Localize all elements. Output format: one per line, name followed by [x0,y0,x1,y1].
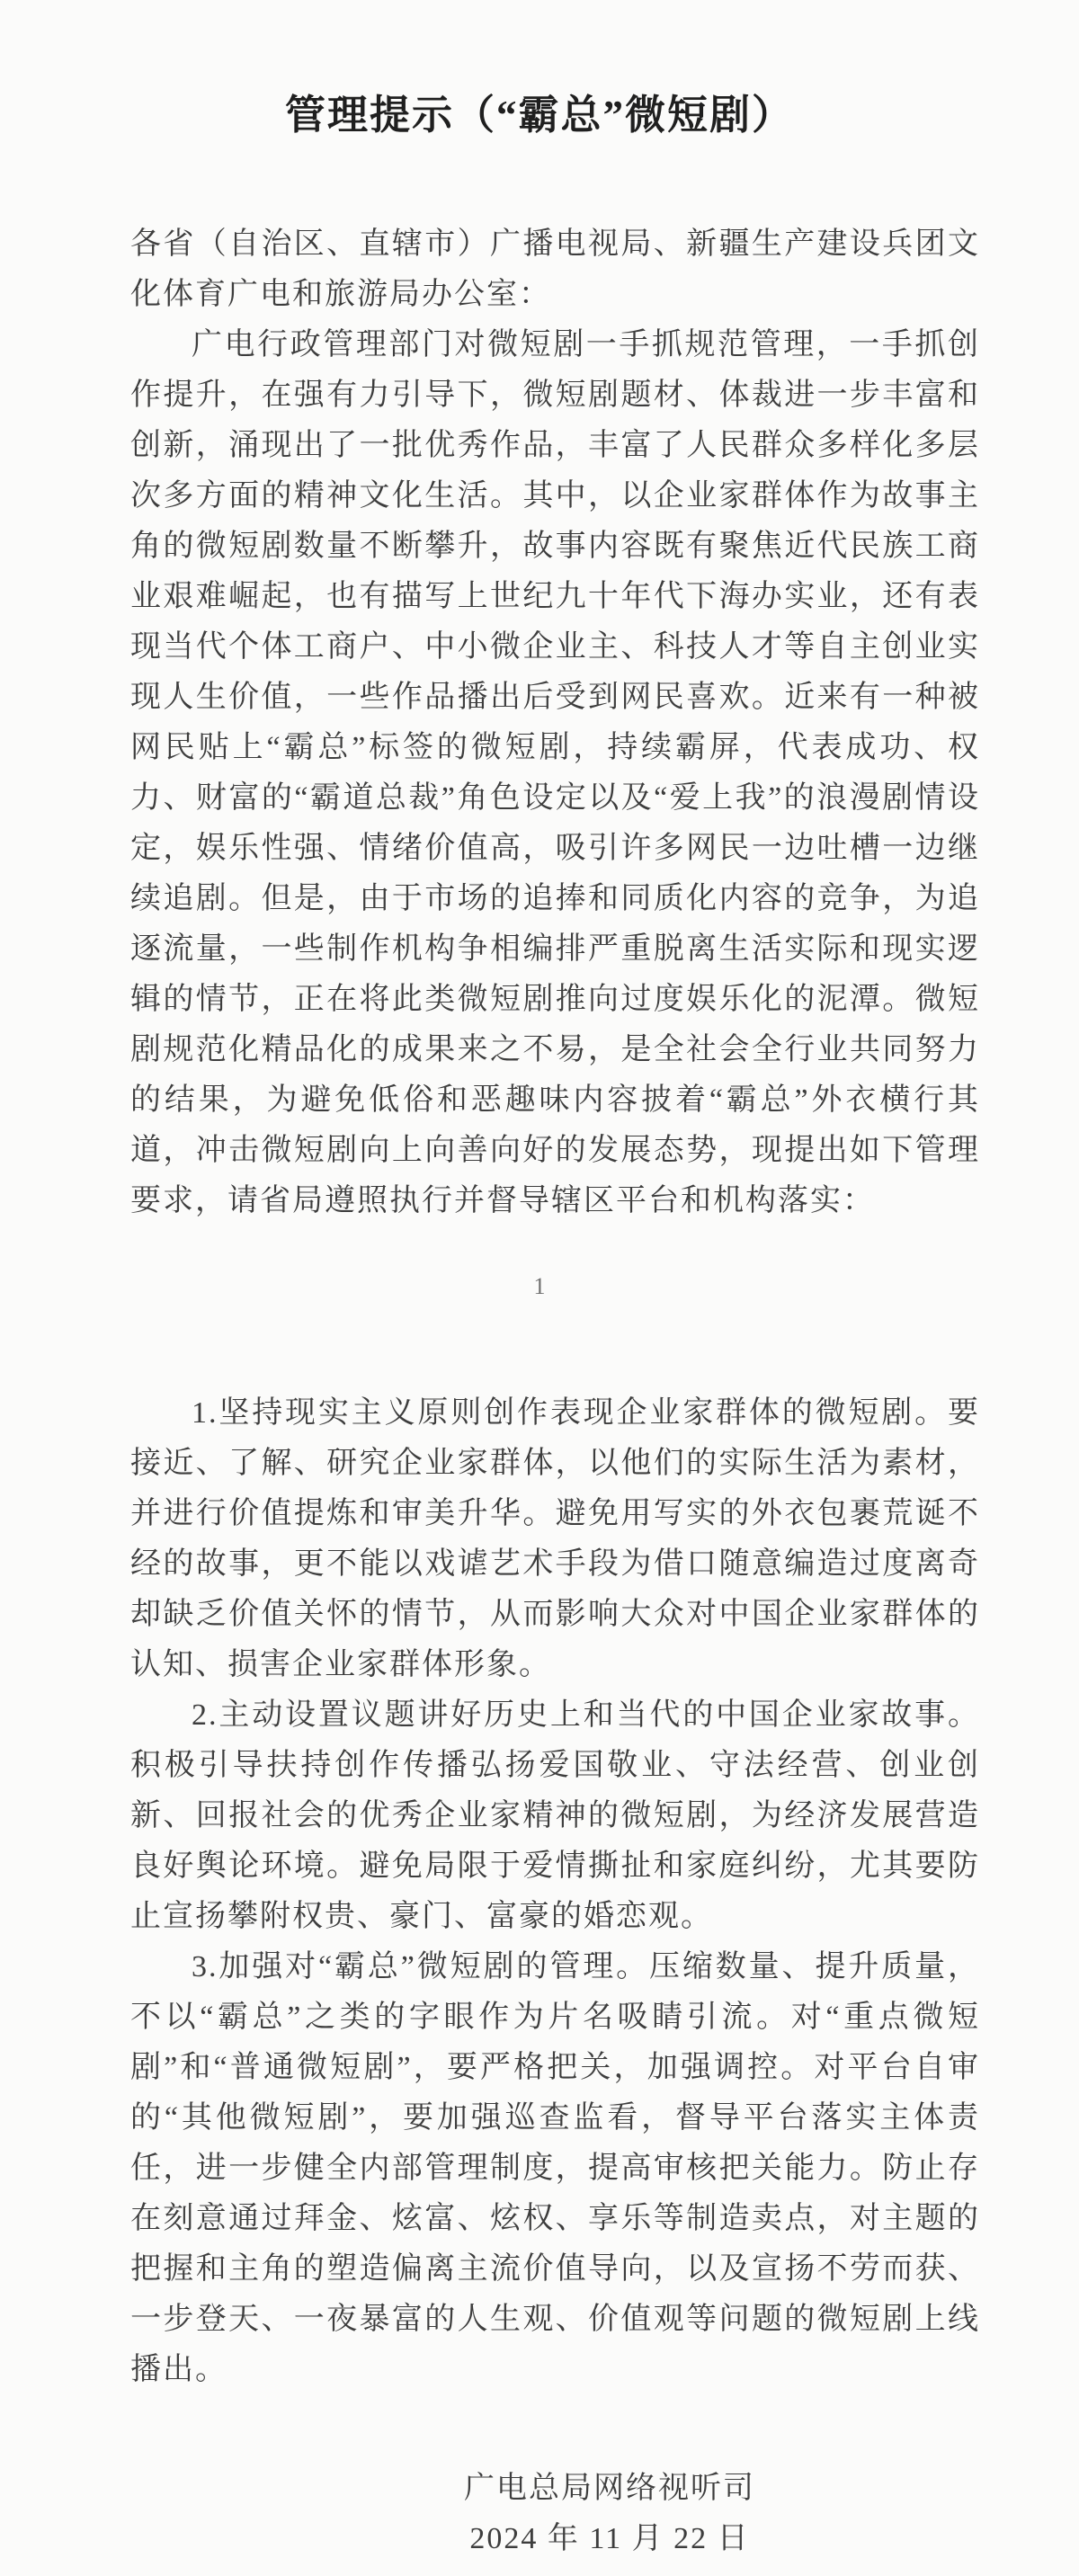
salutation: 各省（自治区、直辖市）广播电视局、新疆生产建设兵团文化体育广电和旅游局办公室： [130,219,980,320]
intro-paragraph: 广电行政管理部门对微短剧一手抓规范管理，一手抓创作提升，在强有力引导下，微短剧题… [130,320,980,1226]
item-paragraph-1: 1.坚持现实主义原则创作表现企业家群体的微短剧。要接近、了解、研究企业家群体，以… [130,1388,980,1690]
signature-name: 广电总局网络视听司 [464,2464,755,2514]
document-page: 管理提示（“霸总”微短剧） 各省（自治区、直辖市）广播电视局、新疆生产建设兵团文… [0,0,1079,2576]
item-paragraph-3: 3.加强对“霸总”微短剧的管理。压缩数量、提升质量，不以“霸总”之类的字眼作为片… [130,1942,980,2395]
document-title: 管理提示（“霸总”微短剧） [130,90,949,140]
signature-block: 广电总局网络视听司 2024 年 11 月 22 日 [464,2464,755,2564]
signature-date: 2024 年 11 月 22 日 [464,2514,755,2564]
item-paragraph-2: 2.主动设置议题讲好历史上和当代的中国企业家故事。积极引导扶持创作传播弘扬爱国敬… [130,1690,980,1942]
page-number: 1 [130,1273,949,1300]
